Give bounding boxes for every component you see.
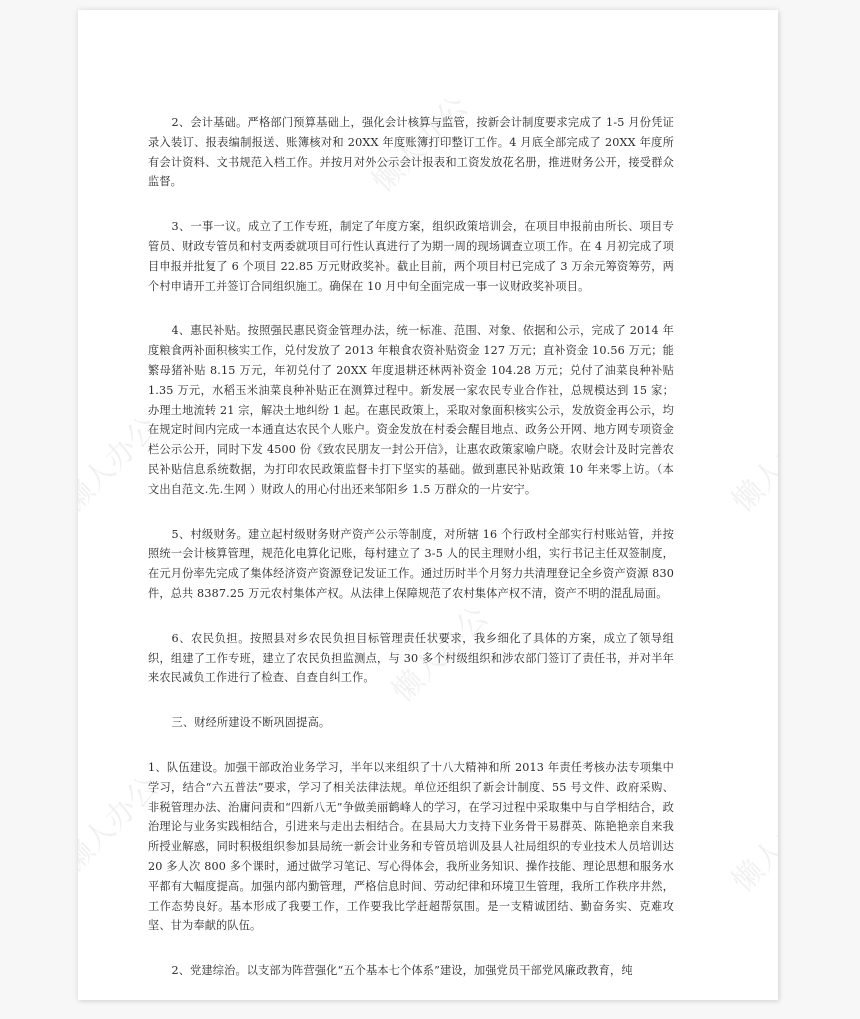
document-page: 懒人办公 懒人办公 懒人办公 懒人办公 懒人办公 懒人办公 2、会计基础。严格部… [78, 10, 778, 1000]
watermark: 懒人办公 [720, 784, 778, 900]
document-body: 2、会计基础。严格部门预算基础上，强化会计核算与监管，按新会计制度要求完成了 1… [148, 113, 674, 1000]
paragraph-farmer-subsidies: 4、惠民补贴。按照强民惠民资金管理办法，统一标准、范围、对象、依据和公示，完成了… [148, 321, 674, 499]
paragraph-one-matter-one-discussion: 3、一事一议。成立了工作专班，制定了年度方案，组织政策培训会，在项目申报前由所长… [148, 217, 674, 296]
watermark: 懒人办公 [720, 404, 778, 520]
paragraph-village-finance: 5、村级财务。建立起村级财务财产资产公示等制度，对所辖 16 个行政村全部实行村… [148, 525, 674, 604]
paragraph-accounting-basics: 2、会计基础。严格部门预算基础上，强化会计核算与监管，按新会计制度要求完成了 1… [148, 113, 674, 192]
paragraph-party-building: 2、党建综治。以支部为阵营强化“五个基本七个体系”建设，加强党员干部党风廉政教育… [148, 961, 674, 981]
paragraph-farmer-burden: 6、农民负担。按照县对乡农民负担目标管理责任状要求，我乡细化了具体的方案，成立了… [148, 629, 674, 688]
paragraph-team-building: 1、队伍建设。加强干部政治业务学习，半年以来组织了十八大精神和所 2013 年责… [148, 758, 674, 936]
section-heading: 三、财经所建设不断巩固提高。 [148, 713, 674, 733]
